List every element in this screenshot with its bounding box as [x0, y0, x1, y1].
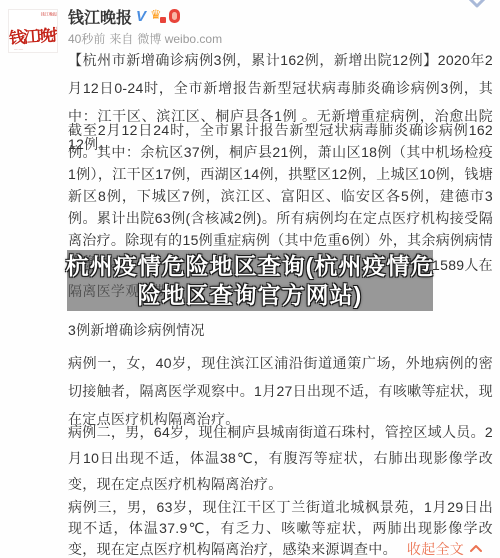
- paragraph-case3: 病例三，男，63岁，现住江干区丁兰街道北城枫景苑，1月29日出现不适，体温37.…: [68, 497, 493, 558]
- section-heading: 3例新增确诊病例情况: [68, 320, 493, 340]
- post-meta: 40秒前 来自 微博 weibo.com: [68, 30, 222, 47]
- chevron-down-icon[interactable]: [464, 0, 490, 10]
- verified-v-icon: V: [136, 9, 146, 24]
- source-link[interactable]: 微博 weibo.com: [137, 30, 222, 47]
- overlay-title-line1: 杭州疫情危险地区查询(杭州疫情危: [66, 252, 435, 281]
- avatar-top-text: 钱江晚报: [35, 11, 57, 17]
- caret-up-icon[interactable]: [470, 544, 482, 553]
- author-name[interactable]: 钱江晚报: [68, 5, 132, 28]
- vip-crown-icon: ♛: [150, 10, 165, 23]
- avatar-url-text: ········: [9, 48, 28, 52]
- avatar[interactable]: 钱江晚报 钱江晚报 ········: [8, 9, 58, 53]
- paragraph-case2: 病例二，男，64岁，现住桐庐县城南街道石珠村，管控区域人员。2月10日出现不适，…: [68, 419, 493, 497]
- overlay-title-banner: 杭州疫情危险地区查询(杭州疫情危 险地区查询官方网站): [67, 250, 433, 311]
- overlay-title-line2: 险地区查询官方网站): [138, 281, 363, 310]
- avatar-brand-logo: 钱江晚报: [8, 22, 57, 48]
- medal-icon: [169, 9, 180, 23]
- author-row: 钱江晚报 V ♛: [68, 6, 180, 26]
- from-label: 来自: [109, 30, 133, 47]
- collapse-full-text-link[interactable]: 收起全文: [407, 541, 464, 557]
- weibo-post: 钱江晚报 钱江晚报 ········ 钱江晚报 V ♛ 40秒前 来自 微博 w…: [0, 0, 500, 558]
- timestamp: 40秒前: [68, 30, 105, 47]
